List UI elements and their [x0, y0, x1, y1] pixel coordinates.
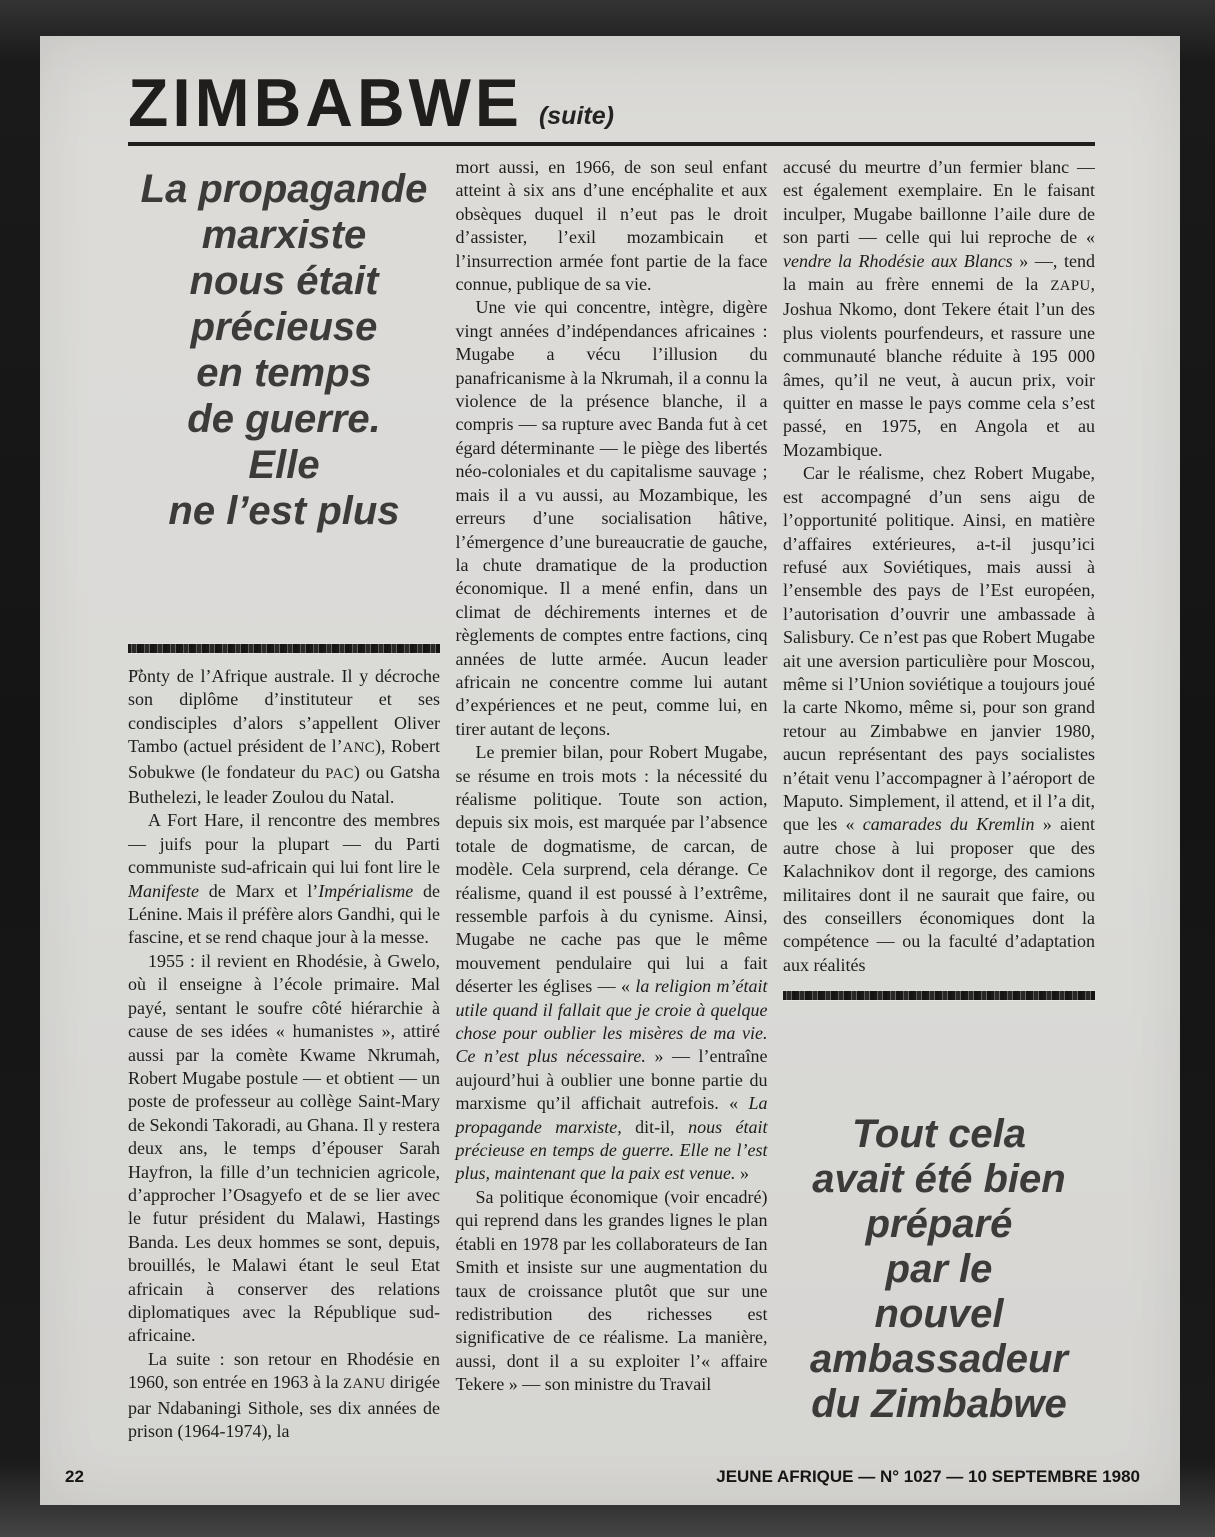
page-footer: 22 JEUNE AFRIQUE — N° 1027 — 10 SEPTEMBR…	[65, 1467, 1140, 1487]
column-right: accusé du meurtre d’un fermier blanc — e…	[783, 156, 1095, 1446]
article-header: ZIMBABWE (suite)	[128, 70, 1095, 140]
body-paragraph: Une vie qui concentre, intègre, digère v…	[456, 296, 768, 741]
article-title-suffix: (suite)	[539, 102, 614, 131]
body-paragraph: Le premier bilan, pour Robert Mugabe, se…	[456, 741, 768, 1186]
text-run: mort aussi, en 1966, de son seul enfant …	[456, 157, 768, 294]
text-run: A Fort Hare, il rencontre des membres — …	[128, 810, 440, 877]
text-run: , Joshua Nkomo, dont Tekere était l’un d…	[783, 274, 1095, 460]
pullquote-line: en temps	[128, 350, 440, 396]
column-left: La propagandemarxistenous étaitprécieuse…	[128, 156, 440, 1446]
page-number: 22	[65, 1467, 84, 1487]
body-paragraph: mort aussi, en 1966, de son seul enfant …	[456, 156, 768, 296]
pullquote-line: préparé	[783, 1202, 1095, 1247]
text-run: dit-il,	[622, 1117, 688, 1137]
section-divider-right	[783, 991, 1095, 1000]
magazine-page: ZIMBABWE (suite) La propagandemarxisteno…	[40, 36, 1180, 1505]
pullquote-line: par le	[783, 1247, 1095, 1292]
body-paragraph: Ponty de l’Afrique australe. Il y décroc…	[128, 665, 440, 809]
text-run: ZANU	[343, 1376, 386, 1392]
text-run: ZAPU	[1050, 278, 1090, 294]
body-paragraph: accusé du meurtre d’un fermier blanc — e…	[783, 156, 1095, 462]
text-run: Une vie qui concentre, intègre, digère v…	[456, 297, 768, 738]
text-run: Sa politique économique (voir encadré) q…	[456, 1187, 768, 1394]
pullquote-line: de guerre.	[128, 396, 440, 442]
pullquote-line: ne l’est plus	[128, 488, 440, 534]
article-columns: La propagandemarxistenous étaitprécieuse…	[128, 156, 1095, 1446]
header-rule	[128, 142, 1095, 146]
pullquote-line: Elle	[128, 442, 440, 488]
body-paragraph: Car le réalisme, chez Robert Mugabe, est…	[783, 462, 1095, 977]
pullquote-line: nous était	[128, 258, 440, 304]
pullquote-line: marxiste	[128, 212, 440, 258]
left-column-text: → Ponty de l’Afrique australe. Il y décr…	[128, 665, 440, 1443]
text-run: ANC	[343, 740, 375, 756]
column-middle: mort aussi, en 1966, de son seul enfant …	[456, 156, 768, 1446]
pullquote-line: précieuse	[128, 304, 440, 350]
pullquote-line: ambassadeur	[783, 1337, 1095, 1382]
continuation-arrow-icon: →	[128, 657, 145, 680]
pullquote-left: La propagandemarxistenous étaitprécieuse…	[128, 156, 440, 644]
body-paragraph: A Fort Hare, il rencontre des membres — …	[128, 809, 440, 949]
pullquote-line: avait été bien	[783, 1157, 1095, 1202]
right-column-text: accusé du meurtre d’un fermier blanc — e…	[783, 156, 1095, 977]
pullquote-line: nouvel	[783, 1292, 1095, 1337]
body-paragraph: 1955 : il revient en Rhodésie, à Gwelo, …	[128, 950, 440, 1348]
pullquote-line: Tout cela	[783, 1112, 1095, 1157]
page-content: ZIMBABWE (suite) La propagandemarxisteno…	[128, 36, 1095, 1446]
pullquote-right: Tout celaavait été bienpréparépar lenouv…	[783, 1112, 1095, 1427]
body-paragraph: Sa politique économique (voir encadré) q…	[456, 1186, 768, 1397]
text-run: vendre la Rhodésie aux Blancs	[783, 251, 1013, 271]
text-run: »	[735, 1163, 749, 1183]
section-divider-left	[128, 644, 440, 653]
text-run: Car le réalisme, chez Robert Mugabe, est…	[783, 463, 1095, 834]
text-run: Le premier bilan, pour Robert Mugabe, se…	[456, 742, 768, 996]
text-run: Manifeste	[128, 881, 199, 901]
text-run: PAC	[325, 766, 354, 782]
text-run: Impérialisme	[318, 881, 413, 901]
text-run: 1955 : il revient en Rhodésie, à Gwelo, …	[128, 951, 440, 1346]
article-title: ZIMBABWE	[128, 69, 523, 136]
body-paragraph: La suite : son retour en Rhodésie en 196…	[128, 1348, 440, 1444]
pullquote-line: du Zimbabwe	[783, 1382, 1095, 1427]
text-run: » aient autre chose à lui proposer que d…	[783, 814, 1095, 974]
magazine-issue-line: JEUNE AFRIQUE — N° 1027 — 10 SEPTEMBRE 1…	[716, 1467, 1140, 1487]
text-run: de Marx et l’	[199, 881, 318, 901]
middle-column-text: mort aussi, en 1966, de son seul enfant …	[456, 156, 768, 1397]
text-run: accusé du meurtre d’un fermier blanc — e…	[783, 157, 1095, 247]
text-run: camarades du Kremlin	[863, 814, 1035, 834]
pullquote-line: La propagande	[128, 166, 440, 212]
